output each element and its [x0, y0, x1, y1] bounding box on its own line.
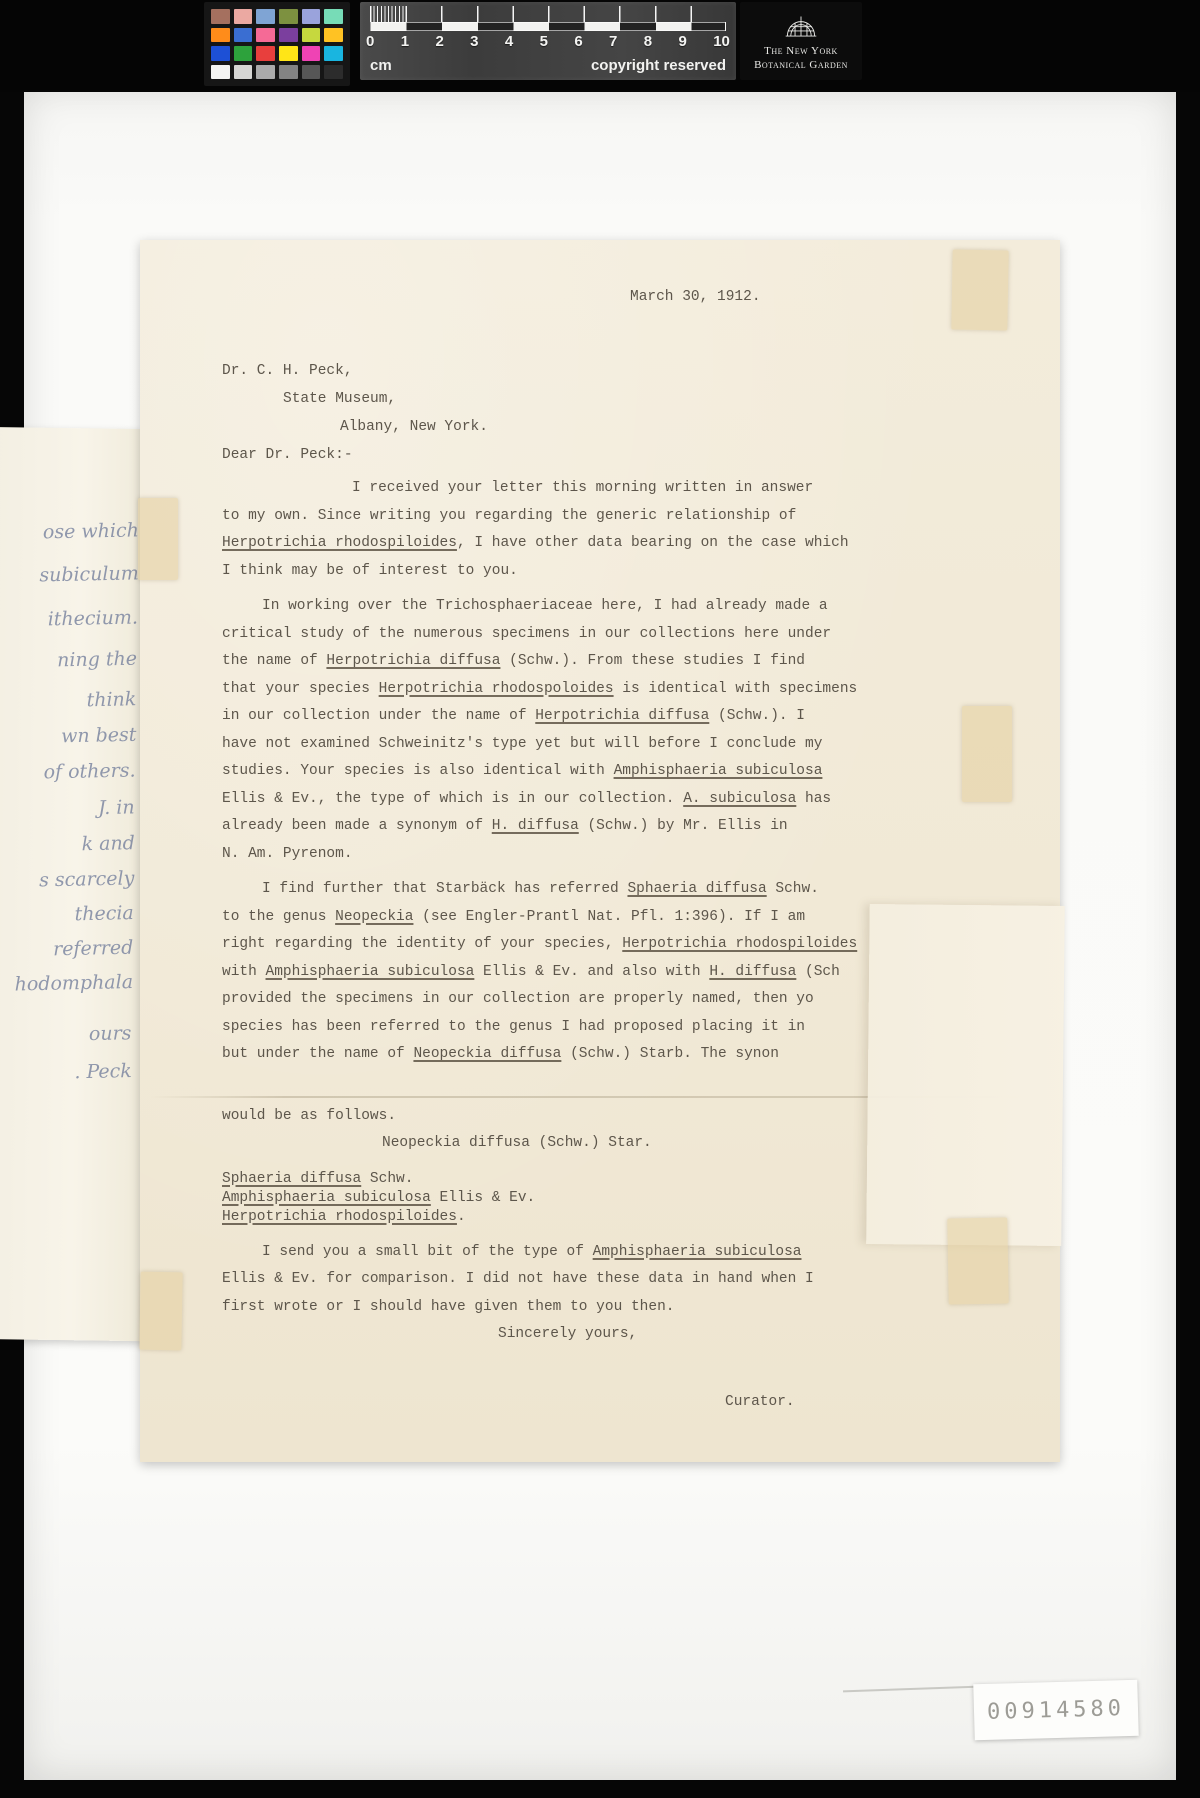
accession-number: 00914580: [987, 1696, 1126, 1725]
letter-text: have not examined Schweinitz's type yet …: [222, 736, 822, 752]
species-name: Amphisphaeria subiculosa: [593, 1244, 802, 1260]
letter-text: in our collection under the name of: [222, 708, 535, 724]
species-name: Herpotrichia diffusa: [326, 653, 500, 669]
letter-text: Schw.: [767, 881, 819, 897]
tape-strip: [139, 1272, 182, 1351]
address-block: Dr. C. H. Peck, State Museum, Albany, Ne…: [222, 357, 1020, 441]
logo-text-line1: The New York: [764, 45, 838, 57]
letter-paragraph: I received your letter this morning writ…: [222, 475, 1020, 585]
species-name: Herpotrichia rhodospoloides: [379, 681, 614, 697]
color-chart: [204, 2, 350, 86]
letter-paragraph: In working over the Trichosphaeriaceae h…: [222, 593, 1020, 868]
letter-line: I think may be of interest to you.: [222, 558, 1020, 586]
color-patch: [256, 28, 275, 43]
handwriting-fragment: think: [87, 688, 137, 711]
letter-text: I think may be of interest to you.: [222, 563, 518, 579]
color-patch: [302, 65, 321, 80]
ruler-tick-label: 10: [713, 33, 730, 50]
letter-text: (Schw.) Starb. The synon: [561, 1046, 779, 1062]
color-patch: [279, 28, 298, 43]
color-patch: [234, 9, 253, 24]
letter-line: critical study of the numerous specimens…: [222, 621, 1020, 649]
letter-text: would be as follows.: [222, 1108, 396, 1124]
ruler-tick-label: 0: [366, 33, 374, 50]
letter-text: Curator.: [725, 1394, 795, 1410]
species-name: A. subiculosa: [683, 791, 796, 807]
color-patch: [324, 65, 343, 80]
handwriting-fragment: s scarcely: [39, 867, 135, 891]
address-line-city: Albany, New York.: [222, 413, 1020, 441]
letter-text: with: [222, 964, 266, 980]
letter-line: first wrote or I should have given them …: [222, 1294, 1020, 1322]
nybg-logo: The New York Botanical Garden: [740, 2, 862, 80]
color-patch: [211, 28, 230, 43]
letter-text: first wrote or I should have given them …: [222, 1299, 674, 1315]
color-patch: [279, 46, 298, 61]
letter-text: Ellis & Ev.: [431, 1190, 535, 1206]
color-patch: [211, 9, 230, 24]
handwriting-fragment: referred: [53, 937, 134, 961]
letter-line: Ellis & Ev. for comparison. I did not ha…: [222, 1266, 1020, 1294]
letter-line: I received your letter this morning writ…: [222, 475, 1020, 503]
letter-text: (Schw.). I: [709, 708, 805, 724]
species-name: H. diffusa: [492, 818, 579, 834]
color-patch: [256, 65, 275, 80]
color-patch: [302, 9, 321, 24]
letter-line: have not examined Schweinitz's type yet …: [222, 731, 1020, 759]
letter-page: March 30, 1912. Dr. C. H. Peck, State Mu…: [140, 240, 1060, 1462]
ruler-unit-label: cm: [370, 57, 392, 74]
letter-line: Sincerely yours,: [222, 1321, 1020, 1349]
ruler-tick-label: 6: [574, 33, 582, 50]
ruler-tick-label: 4: [505, 33, 513, 50]
color-patch: [211, 46, 230, 61]
letter-text: species has been referred to the genus I…: [222, 1019, 805, 1035]
species-name: Amphisphaeria subiculosa: [222, 1190, 431, 1206]
ruler-scale-bar: [370, 22, 726, 31]
color-patch: [279, 65, 298, 80]
tape-strip: [951, 250, 1008, 331]
letter-line: In working over the Trichosphaeriaceae h…: [222, 593, 1020, 621]
letter-line: to my own. Since writing you regarding t…: [222, 503, 1020, 531]
letter-line: I find further that Starbäck has referre…: [222, 876, 1020, 904]
species-name: Neopeckia diffusa: [413, 1046, 561, 1062]
species-name: Amphisphaeria subiculosa: [614, 763, 823, 779]
letter-line: Ellis & Ev., the type of which is in our…: [222, 786, 1020, 814]
letter-line: in our collection under the name of Herp…: [222, 703, 1020, 731]
handwriting-fragment: hodomphala: [14, 971, 133, 995]
letter-line: that your species Herpotrichia rhodospol…: [222, 676, 1020, 704]
letter-date: March 30, 1912.: [222, 284, 1020, 311]
tape-strip: [947, 1217, 1008, 1304]
tape-strip: [962, 706, 1012, 802]
letter-text: Ellis & Ev. and also with: [474, 964, 709, 980]
tape-strip: [138, 498, 178, 580]
letter-line: Curator.: [222, 1389, 1020, 1417]
letter-text: N. Am. Pyrenom.: [222, 846, 353, 862]
logo-text-line2: Botanical Garden: [754, 59, 848, 71]
ruler-tick-label: 1: [401, 33, 409, 50]
letter-text: Schw.: [361, 1171, 413, 1187]
ruler-tick-label: 8: [644, 33, 652, 50]
letter-text: right regarding the identity of your spe…: [222, 936, 622, 952]
overlapping-sheet: [866, 904, 1065, 1246]
species-name: Herpotrichia rhodospiloides: [222, 1209, 457, 1225]
letter-paragraph: Curator.: [222, 1389, 1020, 1417]
letter-text: critical study of the numerous specimens…: [222, 626, 831, 642]
letter-text: .: [457, 1209, 466, 1225]
handwriting-fragment: thecia: [74, 902, 134, 925]
handwriting-fragment: wn best: [61, 724, 137, 748]
letter-line: Herpotrichia rhodospiloides, I have othe…: [222, 530, 1020, 558]
copyright-label: copyright reserved: [591, 57, 726, 74]
color-patch: [324, 9, 343, 24]
species-name: H. diffusa: [709, 964, 796, 980]
ruler-tick-label: 3: [470, 33, 478, 50]
species-name: Herpotrichia rhodospiloides: [222, 535, 457, 551]
letter-line: already been made a synonym of H. diffus…: [222, 813, 1020, 841]
letter-text: I find further that Starbäck has referre…: [262, 881, 627, 897]
ruler-cm-blocks: [370, 6, 726, 22]
letter-text: I send you a small bit of the type of: [262, 1244, 593, 1260]
letter-text: Sincerely yours,: [498, 1326, 637, 1342]
letter-text: but under the name of: [222, 1046, 413, 1062]
scan-reference-strip: 012345678910 cm copyright reserved The N…: [0, 0, 1200, 92]
handwriting-fragment: . Peck: [74, 1060, 132, 1083]
letter-text: I received your letter this morning writ…: [352, 480, 813, 496]
letter-text: provided the specimens in our collection…: [222, 991, 814, 1007]
letter-text: , I have other data bearing on the case …: [457, 535, 849, 551]
color-patch: [234, 65, 253, 80]
address-line-institution: State Museum,: [222, 385, 1020, 413]
letter-text: to my own. Since writing you regarding t…: [222, 508, 796, 524]
letter-line: the name of Herpotrichia diffusa (Schw.)…: [222, 648, 1020, 676]
color-patch: [279, 9, 298, 24]
color-patch: [324, 28, 343, 43]
ruler-tick-label: 2: [435, 33, 443, 50]
letter-text: studies. Your species is also identical …: [222, 763, 614, 779]
handwritten-page: ose whichsubiculumithecium.ning thethink…: [0, 427, 154, 1341]
letter-line: studies. Your species is also identical …: [222, 758, 1020, 786]
color-patch: [256, 9, 275, 24]
letter-text: Ellis & Ev., the type of which is in our…: [222, 791, 683, 807]
handwriting-fragment: J. in: [98, 796, 135, 819]
letter-text: (Sch: [796, 964, 840, 980]
address-line-recipient: Dr. C. H. Peck,: [222, 357, 1020, 385]
species-name: Amphisphaeria subiculosa: [266, 964, 475, 980]
salutation: Dear Dr. Peck:-: [222, 441, 1020, 469]
handwriting-fragment: ours: [89, 1022, 132, 1045]
letter-text: to the genus: [222, 909, 335, 925]
color-patch: [234, 46, 253, 61]
handwriting-fragment: ning the: [57, 648, 137, 672]
color-patch: [234, 28, 253, 43]
ruler-numbers: 012345678910: [366, 33, 730, 50]
letter-text: (Schw.) by Mr. Ellis in: [579, 818, 788, 834]
color-patch: [211, 65, 230, 80]
letter-text: that your species: [222, 681, 379, 697]
ruler-tick-label: 7: [609, 33, 617, 50]
letter-text: In working over the Trichosphaeriaceae h…: [262, 598, 828, 614]
letter-text: has: [796, 791, 831, 807]
species-name: Herpotrichia rhodospiloides: [622, 936, 857, 952]
handwriting-fragment: ose which: [43, 519, 139, 543]
handwriting-fragment: ithecium.: [47, 607, 138, 631]
ruler: 012345678910 cm copyright reserved: [360, 2, 736, 80]
ruler-mm-ticks: [370, 6, 406, 22]
color-patch: [302, 46, 321, 61]
species-name: Herpotrichia diffusa: [535, 708, 709, 724]
letter-text: Neopeckia diffusa (Schw.) Star.: [382, 1135, 652, 1151]
dome-icon: [784, 12, 818, 43]
letter-text: already been made a synonym of: [222, 818, 492, 834]
letter-paragraph: I send you a small bit of the type of Am…: [222, 1239, 1020, 1349]
handwriting-fragment: of others.: [43, 759, 135, 783]
color-patch: [324, 46, 343, 61]
handwriting-fragment: subiculum: [39, 562, 139, 586]
letter-line: N. Am. Pyrenom.: [222, 841, 1020, 869]
letter-text: is identical with specimens: [614, 681, 858, 697]
species-name: Sphaeria diffusa: [222, 1171, 361, 1187]
color-patch: [256, 46, 275, 61]
color-patch: [302, 28, 321, 43]
letter-text: (Schw.). From these studies I find: [500, 653, 805, 669]
letter-text: Ellis & Ev. for comparison. I did not ha…: [222, 1271, 814, 1287]
species-name: Neopeckia: [335, 909, 413, 925]
barcode-label: 00914580: [973, 1680, 1138, 1741]
letter-text: the name of: [222, 653, 326, 669]
species-name: Sphaeria diffusa: [627, 881, 766, 897]
scanned-document-view: { "scan_bar": { "color_chart": { "rows":…: [0, 0, 1200, 1798]
ruler-tick-label: 5: [540, 33, 548, 50]
handwriting-fragment: k and: [81, 832, 135, 855]
ruler-tick-label: 9: [678, 33, 686, 50]
letter-text: (see Engler-Prantl Nat. Pfl. 1:396). If …: [413, 909, 805, 925]
ruler-caption: cm copyright reserved: [370, 57, 726, 74]
